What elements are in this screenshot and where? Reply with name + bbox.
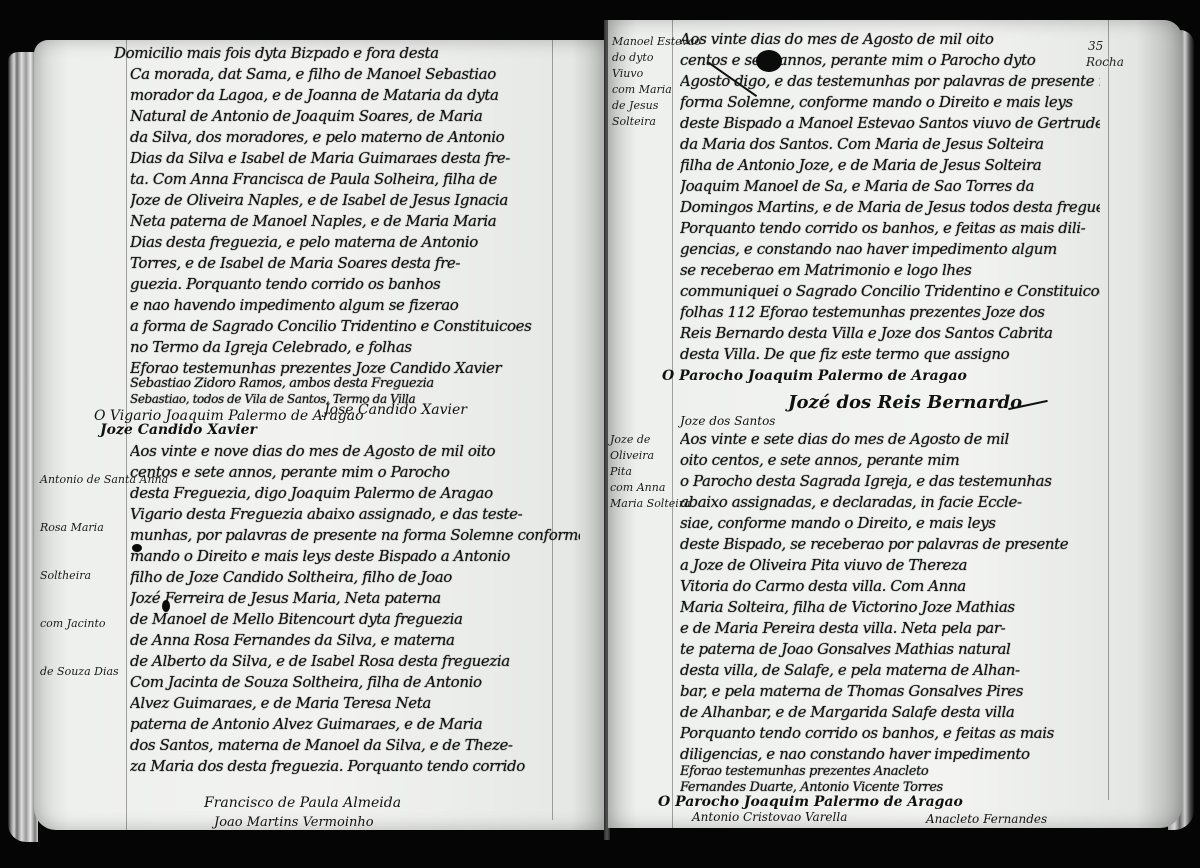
signature: Antonio Cristovao Varella bbox=[692, 810, 847, 824]
text-line: Eforao testemunhas prezentes Joze Candid… bbox=[130, 359, 580, 377]
text-line: Vitoria do Carmo desta villa. Com Anna bbox=[680, 577, 1100, 595]
text-line: te paterna de Joao Gonsalves Mathias nat… bbox=[680, 640, 1100, 658]
text-line: Aos vinte e nove dias do mes de Agosto d… bbox=[130, 442, 580, 460]
text-line: Aos vinte e sete dias do mes de Agosto d… bbox=[680, 430, 1100, 448]
text-line: filho de Joze Candido Soltheira, filho d… bbox=[130, 568, 580, 586]
signature: Joao Martins Vermoinho bbox=[214, 815, 374, 830]
entry-heading: Joze Candido Xavier bbox=[100, 422, 257, 438]
text-line: diligencias, e nao constando haver imped… bbox=[680, 745, 1100, 763]
text-line: desta villa, de Salafe, e pela materna d… bbox=[680, 661, 1100, 679]
text-line: da Silva, dos moradores, e pelo materno … bbox=[130, 128, 580, 146]
text-line: Dias desta freguezia, e pelo materna de … bbox=[130, 233, 580, 251]
text-line: e de Maria Pereira desta villa. Neta pel… bbox=[680, 619, 1100, 637]
margin-note-entry: Joze de Oliveira Pita com Anna Maria Sol… bbox=[610, 432, 691, 512]
text-line: forma Solemne, conforme mando o Direito … bbox=[680, 93, 1100, 111]
manuscript-spread: Domicilio mais fois dyta Bizpado e fora … bbox=[0, 0, 1200, 868]
text-line: Aos vinte dias do mes de Agosto de mil o… bbox=[680, 30, 1100, 48]
text-line: e nao havendo impedimento algum se fizer… bbox=[130, 296, 580, 314]
ink-blot bbox=[162, 600, 170, 612]
text-line: Jozé Ferreira de Jesus Maria, Neta pater… bbox=[130, 589, 580, 607]
signature: O Parocho Joaquim Palermo de Aragao bbox=[658, 794, 963, 810]
text-line: Natural de Antonio de Joaquim Soares, de… bbox=[130, 107, 580, 125]
text-line: Dias da Silva e Isabel de Maria Guimarae… bbox=[130, 149, 580, 167]
text-line: munhas, por palavras de presente na form… bbox=[130, 526, 580, 544]
text-line: dos Santos, materna de Manoel da Silva, … bbox=[130, 736, 580, 754]
left-page: Domicilio mais fois dyta Bizpado e fora … bbox=[34, 40, 606, 830]
text-line: de Manoel de Mello Bitencourt dyta fregu… bbox=[130, 610, 580, 628]
ink-blot bbox=[132, 544, 142, 552]
signature: Jose Candido Xavier bbox=[324, 402, 467, 418]
text-line: a forma de Sagrado Concilio Tridentino e… bbox=[130, 317, 580, 335]
text-line: desta Freguezia, digo Joaquim Palermo de… bbox=[130, 484, 580, 502]
signature: Anacleto Fernandes bbox=[926, 812, 1047, 826]
text-line: Porquanto tendo corrido os banhos, e fei… bbox=[680, 219, 1100, 237]
text-line: o Parocho desta Sagrada Igreja, e das te… bbox=[680, 472, 1100, 490]
text-line: de Alhanbar, e de Margarida Salafe desta… bbox=[680, 703, 1100, 721]
text-line: no Termo da Igreja Celebrado, e folhas bbox=[130, 338, 580, 356]
text-line: Eforao testemunhas prezentes Anacleto bbox=[680, 764, 1100, 779]
right-margin-rule bbox=[1108, 20, 1109, 800]
text-line: gencias, e constando nao haver impedimen… bbox=[680, 240, 1100, 258]
entry-heading: Jozé dos Reis Bernardo bbox=[788, 392, 1022, 413]
text-line: da Maria dos Santos. Com Maria de Jesus … bbox=[680, 135, 1100, 153]
text-line: abaixo assignadas, e declaradas, in faci… bbox=[680, 493, 1100, 511]
text-line: Domingos Martins, e de Maria de Jesus to… bbox=[680, 198, 1100, 216]
text-line: filha de Antonio Joze, e de Maria de Jes… bbox=[680, 156, 1100, 174]
text-line: ta. Com Anna Francisca de Paula Solheira… bbox=[130, 170, 580, 188]
text-line: deste Bispado a Manoel Estevao Santos vi… bbox=[680, 114, 1100, 132]
margin-rule bbox=[672, 20, 673, 828]
text-line: Domicilio mais fois dyta Bizpado e fora … bbox=[114, 44, 584, 62]
text-line: Torres, e de Isabel de Maria Soares dest… bbox=[130, 254, 580, 272]
text-line: oito centos, e sete annos, perante mim bbox=[680, 451, 1100, 469]
text-line: Ca morada, dat Sama, e filho de Manoel S… bbox=[130, 65, 580, 83]
text-line: a Joze de Oliveira Pita viuvo de Thereza bbox=[680, 556, 1100, 574]
text-line: Joze de Oliveira Naples, e de Isabel de … bbox=[130, 191, 580, 209]
text-line: de Anna Rosa Fernandes da Silva, e mater… bbox=[130, 631, 580, 649]
text-line: za Maria dos desta freguezia. Porquanto … bbox=[130, 757, 580, 775]
entry-subheading: Joze dos Santos bbox=[680, 414, 775, 428]
text-line: se receberao em Matrimonio e logo lhes bbox=[680, 261, 1100, 279]
signature: O Parocho Joaquim Palermo de Aragao bbox=[662, 368, 967, 384]
text-line: de Alberto da Silva, e de Isabel Rosa de… bbox=[130, 652, 580, 670]
ink-blot bbox=[756, 50, 782, 72]
text-line: Joaquim Manoel de Sa, e Maria de Sao Tor… bbox=[680, 177, 1100, 195]
text-line: bar, e pela materna de Thomas Gonsalves … bbox=[680, 682, 1100, 700]
text-line: Neta paterna de Manoel Naples, e de Mari… bbox=[130, 212, 580, 230]
text-line: Fernandes Duarte, Antonio Vicente Torres bbox=[680, 780, 1100, 795]
text-line: morador da Lagoa, e de Joanna de Mataria… bbox=[130, 86, 580, 104]
signature: Francisco de Paula Almeida bbox=[204, 795, 401, 811]
text-line: Sebastiao Zidoro Ramos, ambos desta Freg… bbox=[130, 376, 580, 391]
text-line: Alvez Guimaraes, e de Maria Teresa Neta bbox=[130, 694, 580, 712]
text-line: guezia. Porquanto tendo corrido os banho… bbox=[130, 275, 580, 293]
text-line: desta Villa. De que fiz este termo que a… bbox=[680, 345, 1100, 363]
text-line: Com Jacinta de Souza Soltheira, filha de… bbox=[130, 673, 580, 691]
text-line: centos e sete annos, perante mim o Paroc… bbox=[680, 51, 1100, 69]
text-line: siae, conforme mando o Direito, e mais l… bbox=[680, 514, 1100, 532]
text-line: Porquanto tendo corrido os banhos, e fei… bbox=[680, 724, 1100, 742]
text-line: Vigario desta Freguezia abaixo assignado… bbox=[130, 505, 580, 523]
text-line: communiquei o Sagrado Concilio Tridentin… bbox=[680, 282, 1100, 300]
text-line: deste Bispado, se receberao por palavras… bbox=[680, 535, 1100, 553]
text-line: Maria Solteira, filha de Victorino Joze … bbox=[680, 598, 1100, 616]
text-line: paterna de Antonio Alvez Guimaraes, e de… bbox=[130, 715, 580, 733]
text-line: centos e sete annos, perante mim o Paroc… bbox=[130, 463, 580, 481]
text-line: folhas 112 Eforao testemunhas prezentes … bbox=[680, 303, 1100, 321]
text-line: Reis Bernardo desta Villa e Joze dos San… bbox=[680, 324, 1100, 342]
text-line: mando o Direito e mais leys deste Bispad… bbox=[130, 547, 580, 565]
right-page: 35 Rocha Manoel Estevao do dyto Viuvo co… bbox=[608, 20, 1182, 828]
